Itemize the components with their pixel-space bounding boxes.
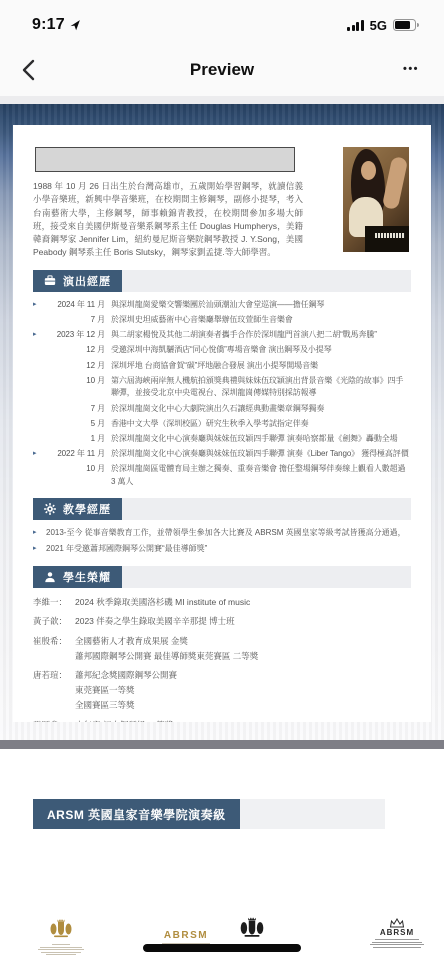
performance-item: 5 月香港中文大學（深圳校區）研究生秋季入學考試指定伴奏 [33,418,411,431]
cellular-signal-icon [347,20,364,31]
redacted-name-box [35,147,295,172]
battery-icon [393,19,416,31]
more-options-button[interactable]: ••• [394,54,428,84]
briefcase-icon [44,275,56,286]
gear-icon [44,503,56,515]
section-header-tail [122,566,411,588]
arsm-section-header: ARSM 英國皇家音樂學院演奏級 [33,799,385,829]
student-row: 蕭邦國際鋼琴公開賽 最佳導師獎東莞賽區 二等獎 [33,650,411,663]
nav-bar: Preview ••• [0,44,444,96]
performance-item: 12 月受邀深圳中海凱驪酒店“同心悅僑”專場音樂會 演出鋼琴及小提琴 [33,344,411,357]
document-scroll-area[interactable]: 1988 年 10 月 26 日出生於台灣高雄市，五歲開始學習鋼琴，就讀信義小學… [0,96,444,960]
performance-item: 7 月於深圳龍崗文化中心大劇院演出久石讓經典動畫樂章鋼琴獨奏 [33,403,411,416]
section-header-tail [122,270,411,292]
abrsm-right-label: ABRSM [380,928,414,937]
performance-list: ▸2024 年 11 月與深圳龍崗愛樂交響樂團於汕頭潮汕大會堂巡演——擔任鋼琴 … [33,299,411,489]
section-header-tail [122,498,411,520]
section-title: 演出經歷 [63,273,111,289]
teaching-item: ▸2013-至今 從事音樂教育工作，並帶領學生參加各大比賽及 ABRSM 英國皇… [33,527,411,540]
students-list: 李維一：2024 秋季錄取美國洛杉磯 MI institute of music… [33,596,411,722]
royal-crest-gold-logo [38,916,84,955]
resume-page-2: ARSM 英國皇家音樂學院演奏級 ABRSM [0,749,444,960]
teaching-item: ▸2021 年受邀蕭邦國際鋼琴公開賽“最佳導師獎” [33,543,411,556]
page-title: Preview [190,60,254,80]
abrsm-crown-logo: ABRSM [370,918,424,948]
student-row: 黃子歆：2023 伴奏之學生錄取美國辛辛那提 博士班 [33,615,411,628]
student-row: 唐若瑄：蕭邦紀念獎國際鋼琴公開賽 [33,669,411,682]
performance-item: 12 月深圳坪地 台商協會賀“碳”坪地融合發展 演出小提琴開場音樂 [33,360,411,373]
fine-print-lines [370,939,424,948]
bio-paragraph: 1988 年 10 月 26 日出生於台灣高雄市，五歲開始學習鋼琴，就讀信義小學… [33,180,303,260]
crown-icon [389,918,405,928]
clock-time: 9:17 [32,16,65,34]
coat-of-arms-icon [238,914,266,942]
abrsm-gold-label: ABRSM [164,930,208,941]
fine-print-lines [38,944,84,955]
redaction-bar [143,944,301,952]
back-button[interactable] [16,58,40,82]
section-header-teaching: 教學經歷 [33,498,411,520]
network-type-label: 5G [370,18,387,33]
section-title: 教學經歷 [63,501,111,517]
section-header-tail [240,799,385,829]
arsm-section-title: ARSM 英國皇家音樂學院演奏級 [47,806,226,823]
section-header-students: 學生榮耀 [33,566,411,588]
person-icon [44,571,56,583]
performance-item: 7 月於深圳史坦威藝術中心音樂廳舉辦伍玟萱師生音樂會 [33,314,411,327]
performance-item: 10 月於深圳龍崗區電體育局主辦之獨奏、重奏音樂會 擔任整場鋼琴伴奏線上觀看人數… [33,463,411,488]
performance-item: ▸2022 年 11 月於深圳龍崗文化中心演奏廳與妹妹伍玟穎四手聯彈 演奏《Li… [33,448,411,461]
chevron-left-icon [22,59,35,81]
performance-item: 10 月第六屆海峽兩岸無人機航拍頒獎典禮與妹妹伍玟穎演出背景音樂《光陰的故事》四… [33,375,411,400]
certificate-logos-row: ABRSM ABRSM [0,914,444,960]
resume-page-1: 1988 年 10 月 26 日出生於台灣高雄市，五歲開始學習鋼琴，就讀信義小學… [0,104,444,740]
page1-content: 1988 年 10 月 26 日出生於台灣高雄市，五歲開始學習鋼琴，就讀信義小學… [13,125,431,722]
student-row: 全國賽區三等獎 [33,699,411,712]
location-arrow-icon [69,19,81,31]
viewer-gap [0,96,444,104]
performance-item: ▸2024 年 11 月與深圳龍崗愛樂交響樂團於汕頭潮汕大會堂巡演——擔任鋼琴 [33,299,411,312]
profile-photo [343,147,409,252]
performance-item: ▸2023 年 12 月與二胡家楊悅及其他二胡演奏者攜手合作於深圳龍門首演八把二… [33,329,411,342]
student-row: 張順鑫：少年宮 初中鋼琴組 一等獎 [33,719,411,722]
section-title: 學生榮耀 [63,569,111,585]
performance-item: 1 月於深圳龍崗文化中心演奏廳與妹妹伍玟穎四手聯彈 演奏哈察都量《劍舞》轟動全場 [33,433,411,446]
student-row: 東莞賽區一等獎 [33,684,411,697]
student-row: 崔殷希：全國藝術人才教育成果展 金獎 [33,635,411,648]
section-header-performance: 演出經歷 [33,270,411,292]
status-bar: 9:17 5G [0,0,444,44]
teaching-list: ▸2013-至今 從事音樂教育工作，並帶領學生參加各大比賽及 ABRSM 英國皇… [33,527,411,555]
royal-crest-black-logo [235,914,269,948]
coat-of-arms-icon [48,916,74,942]
student-row: 李維一：2024 秋季錄取美國洛杉磯 MI institute of music [33,596,411,609]
